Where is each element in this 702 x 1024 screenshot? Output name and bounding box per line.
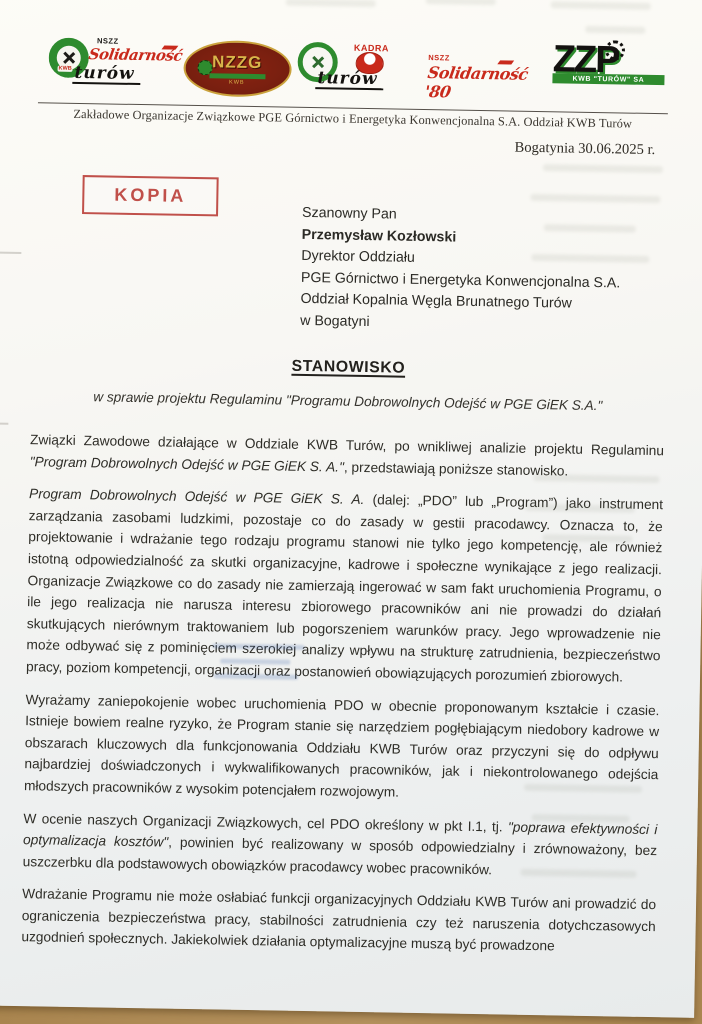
nzzg-wordmark: NZZG [212,52,263,73]
turow-wordmark: turów [72,66,140,85]
p1-text: Związki Zawodowe działające w Oddziale K… [30,432,664,458]
kwb-badge: KWB [58,66,73,72]
page-content: KWB NSZZ Solidarność turów NZZG KWB KADR… [0,0,702,1018]
organizations-caption: Zakładowe Organizacje Związkowe PGE Górn… [36,106,670,132]
p2-text: (dalej: „PDO” lub „Program”) jako instru… [26,492,663,684]
solidarnosc-80-wordmark: Solidarność '80 [423,63,549,103]
logo-zzp-kwb-turow: ZZP KWB "TURÓW" SA [552,43,665,107]
document-title: STANOWISKO [31,353,665,382]
scanned-letter-page: KWB NSZZ Solidarność turów NZZG KWB KADR… [0,0,702,1018]
turow-wordmark: turów [315,71,383,90]
p3-text: Wyrażamy zaniepokojenie wobec uruchomien… [24,692,660,800]
date-line: Bogatynia 30.06.2025 r. [35,131,655,159]
gear-icon [197,60,212,75]
logo-kadra-turow: KADRA turów [297,38,420,104]
fold-mark [0,251,21,253]
kwb-badge: KWB [229,79,245,85]
flag-icon [162,45,179,49]
nszz-label: NSZZ [97,36,119,45]
gear-dots-icon [605,40,625,60]
document-subtitle: w sprawie projektu Regulaminu "Programu … [31,388,665,414]
flag-icon [497,60,514,64]
p1-italic: "Program Dobrowolnych Odejść w PGE GiEK … [30,454,344,474]
stamp-and-recipient: KOPIA Szanowny Pan Przemysław Kozłowski … [32,166,669,338]
logo-solidarnosc-80: NSZZ Solidarność '80 [426,49,547,97]
fold-mark [0,422,8,424]
green-bar [209,73,265,79]
logo-nzzg: NZZG KWB [183,40,292,98]
paragraph-2: Program Dobrowolnych Odejść w PGE GiEK S… [26,483,663,688]
kopia-stamp: KOPIA [82,175,219,216]
p2-italic: Program Dobrowolnych Odejść w PGE GiEK S… [29,486,365,507]
logo-nszz-solidarnosc-turow: KWB NSZZ Solidarność turów [48,33,177,99]
union-logos-row: KWB NSZZ Solidarność turów NZZG KWB KADR… [48,30,665,111]
paragraph-5: Wdrażanie Programu nie może osłabiać fun… [21,883,656,959]
nszz-label: NSZZ [428,53,450,62]
bleed-through-artifacts [21,959,655,970]
p4-text: W ocenie naszych Organizacji Związkowych… [23,811,508,834]
p5-text: Wdrażanie Programu nie może osłabiać fun… [21,886,656,953]
